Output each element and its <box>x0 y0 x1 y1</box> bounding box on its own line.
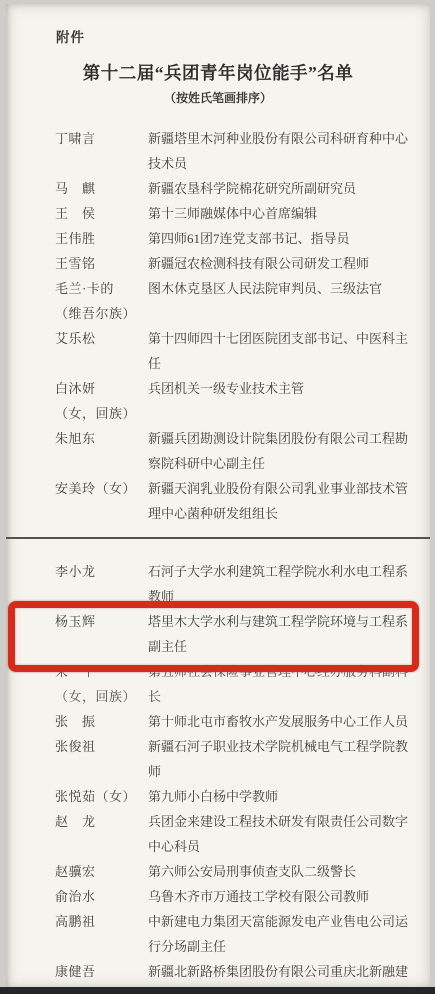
person-name: 杨玉辉 <box>55 609 148 634</box>
person-name: 赵骥宏 <box>55 859 148 884</box>
list-item: 俞治水乌鲁木齐市万通技工学校有限公司教师 <box>55 884 405 909</box>
person-name: 康健吾 <box>55 959 148 984</box>
person-position: 乌鲁木齐市万通技工学校有限公司教师 <box>148 884 413 909</box>
person-position: 第十四师四十七团医院团支部书记、中医科主任 <box>148 326 413 376</box>
person-position: 石河子大学水利建筑工程学院水利水电工程系教师 <box>148 559 413 609</box>
list-item: 安美玲（女）新疆天润乳业股份有限公司乳业事业部技术管理中心菌种研发组组长 <box>55 476 405 526</box>
list-item: 艾乐松第十四师四十七团医院团支部书记、中医科主任 <box>55 326 405 376</box>
roster-section-2: 李小龙石河子大学水利建筑工程学院水利水电工程系教师杨玉辉塔里木大学水利与建筑工程… <box>55 559 405 984</box>
person-position: 新疆塔里木河种业股份有限公司科研育种中心技术员 <box>148 126 413 176</box>
list-item: 王雪铭新疆冠农检测科技有限公司研发工程师 <box>55 251 405 276</box>
person-position: 第十师北屯市畜牧水产发展服务中心工作人员 <box>148 709 413 734</box>
person-position: 第十三师融媒体中心首席编辑 <box>148 201 413 226</box>
list-item: 丁啸言新疆塔里木河种业股份有限公司科研育种中心技术员 <box>55 126 405 176</box>
list-item: 毛兰·卡的 （维吾尔族）图木休克垦区人民法院审判员、三级法官 <box>55 276 405 326</box>
list-item: 赵 龙兵团金来建设工程技术研发有限责任公司数字中心科员 <box>55 809 405 859</box>
person-position: 新疆农垦科学院棉花研究所副研究员 <box>148 176 413 201</box>
person-position: 塔里木大学水利与建筑工程学院环境与工程系副主任 <box>148 609 413 659</box>
person-position: 图木休克垦区人民法院审判员、三级法官 <box>148 276 413 301</box>
person-position: 新疆石河子职业技术学院机械电气工程学院教师 <box>148 734 413 784</box>
roster-section-1: 丁啸言新疆塔里木河种业股份有限公司科研育种中心技术员马 麒新疆农垦科学院棉花研究… <box>55 126 405 526</box>
person-position: 中新建电力集团天富能源发电产业售电公司运行分场副主任 <box>148 909 413 959</box>
person-position: 兵团金来建设工程技术研发有限责任公司数字中心科员 <box>148 809 413 859</box>
person-name: 王雪铭 <box>55 251 148 276</box>
person-name: 张悦茹（女） <box>55 784 148 809</box>
list-item: 朱旭东新疆兵团勘测设计院集团股份有限公司工程勘察院科研中心副主任 <box>55 426 405 476</box>
person-name: 王伟胜 <box>55 226 148 251</box>
list-item: 张悦茹（女）第九师小白杨中学教师 <box>55 784 405 809</box>
page-subtitle: （按姓氏笔画排序） <box>6 90 430 106</box>
photo-bottom-edge <box>0 987 435 994</box>
person-position: 新疆北新路桥集团股份有限公司重庆北新融建 <box>148 959 413 984</box>
list-item: 白沐妍 （女，回族）兵团机关一级专业技术主管 <box>55 376 405 426</box>
page-divider <box>6 537 430 539</box>
person-name: 王 侯 <box>55 201 148 226</box>
page-title: 第十二届“兵团青年岗位能手”名单 <box>16 62 420 84</box>
person-name: 白沐妍 （女，回族） <box>55 376 148 426</box>
person-name: 宋 平 （女，回族） <box>55 659 148 709</box>
list-item: 王 侯第十三师融媒体中心首席编辑 <box>55 201 405 226</box>
document-photo: 附件 第十二届“兵团青年岗位能手”名单 （按姓氏笔画排序） 丁啸言新疆塔里木河种… <box>0 0 435 994</box>
attachment-label: 附件 <box>56 26 430 46</box>
person-name: 艾乐松 <box>55 326 148 351</box>
list-item: 康健吾新疆北新路桥集团股份有限公司重庆北新融建 <box>55 959 405 984</box>
person-name: 马 麒 <box>55 176 148 201</box>
list-item: 马 麒新疆农垦科学院棉花研究所副研究员 <box>55 176 405 201</box>
list-item: 杨玉辉塔里木大学水利与建筑工程学院环境与工程系副主任 <box>55 609 405 659</box>
list-item: 张俊祖新疆石河子职业技术学院机械电气工程学院教师 <box>55 734 405 784</box>
person-position: 第九师小白杨中学教师 <box>148 784 413 809</box>
document-page: 附件 第十二届“兵团青年岗位能手”名单 （按姓氏笔画排序） 丁啸言新疆塔里木河种… <box>6 4 430 988</box>
list-item: 宋 平 （女，回族）第五师社会保险事业管理中心经办服务科副科长 <box>55 659 405 709</box>
person-position: 新疆冠农检测科技有限公司研发工程师 <box>148 251 413 276</box>
person-name: 安美玲（女） <box>55 476 148 501</box>
list-item: 高鹏祖中新建电力集团天富能源发电产业售电公司运行分场副主任 <box>55 909 405 959</box>
person-name: 张 振 <box>55 709 148 734</box>
person-name: 高鹏祖 <box>55 909 148 934</box>
list-item: 赵骥宏第六师公安局刑事侦查支队二级警长 <box>55 859 405 884</box>
person-name: 丁啸言 <box>55 126 148 151</box>
person-position: 新疆兵团勘测设计院集团股份有限公司工程勘察院科研中心副主任 <box>148 426 413 476</box>
person-position: 兵团机关一级专业技术主管 <box>148 376 413 401</box>
person-name: 朱旭东 <box>55 426 148 451</box>
person-position: 第五师社会保险事业管理中心经办服务科副科长 <box>148 659 413 709</box>
list-item: 张 振第十师北屯市畜牧水产发展服务中心工作人员 <box>55 709 405 734</box>
list-item: 李小龙石河子大学水利建筑工程学院水利水电工程系教师 <box>55 559 405 609</box>
person-name: 张俊祖 <box>55 734 148 759</box>
list-item: 王伟胜第四师61团7连党支部书记、指导员 <box>55 226 405 251</box>
person-position: 新疆天润乳业股份有限公司乳业事业部技术管理中心菌种研发组组长 <box>148 476 413 526</box>
person-name: 赵 龙 <box>55 809 148 834</box>
person-name: 李小龙 <box>55 559 148 584</box>
person-position: 第六师公安局刑事侦查支队二级警长 <box>148 859 413 884</box>
person-position: 第四师61团7连党支部书记、指导员 <box>148 226 413 251</box>
person-name: 俞治水 <box>55 884 148 909</box>
person-name: 毛兰·卡的 （维吾尔族） <box>55 276 148 326</box>
